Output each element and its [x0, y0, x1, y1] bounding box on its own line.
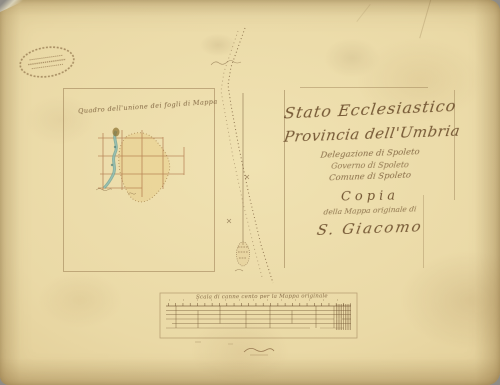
- panel-border-top: [300, 87, 428, 88]
- crease-line: [356, 4, 370, 22]
- village-blob: [113, 128, 120, 137]
- cross-mark-icon: [227, 175, 249, 223]
- title-line-copy: Copia: [284, 188, 456, 206]
- road-drawing: [195, 25, 295, 290]
- river-path: [104, 128, 120, 189]
- archive-stamp: [16, 41, 78, 83]
- road-dotted-line: [228, 28, 273, 283]
- settlement-cluster: [235, 242, 250, 271]
- title-line-state: Stato Ecclesiastico: [283, 96, 457, 123]
- bottom-flourish: [240, 344, 280, 358]
- torn-corner: [0, 0, 26, 12]
- inset-map-drawing: [62, 87, 216, 273]
- title-line-place: S. Giacomo: [282, 216, 457, 240]
- title-line-original-map: della Mappa originale di: [284, 203, 457, 218]
- inset-panel: Quadro dell'unione dei fogli di Mappa: [62, 87, 216, 273]
- title-line-province: Provincia dell'Umbria: [283, 122, 457, 146]
- archive-stamp-icon: [16, 41, 78, 83]
- scanned-map-sheet: Quadro dell'unione dei fogli di Mappa: [0, 0, 500, 385]
- scale-caption: Scala di canne cento per la Mappa origin…: [196, 293, 326, 300]
- paper-sheet: Quadro dell'unione dei fogli di Mappa: [0, 0, 500, 385]
- title-line-commune: Comune di Spoleto: [284, 169, 457, 185]
- road-label-squiggle: [211, 61, 241, 66]
- road-dotted-line: [221, 31, 262, 277]
- territory-outline: [119, 133, 170, 202]
- title-panel: Stato Ecclesiastico Provincia dell'Umbri…: [284, 88, 456, 273]
- scale-bar: Scala di canne cento per la Mappa origin…: [158, 290, 360, 346]
- crease-line: [419, 0, 432, 38]
- scale-ruler-lines: [166, 300, 351, 344]
